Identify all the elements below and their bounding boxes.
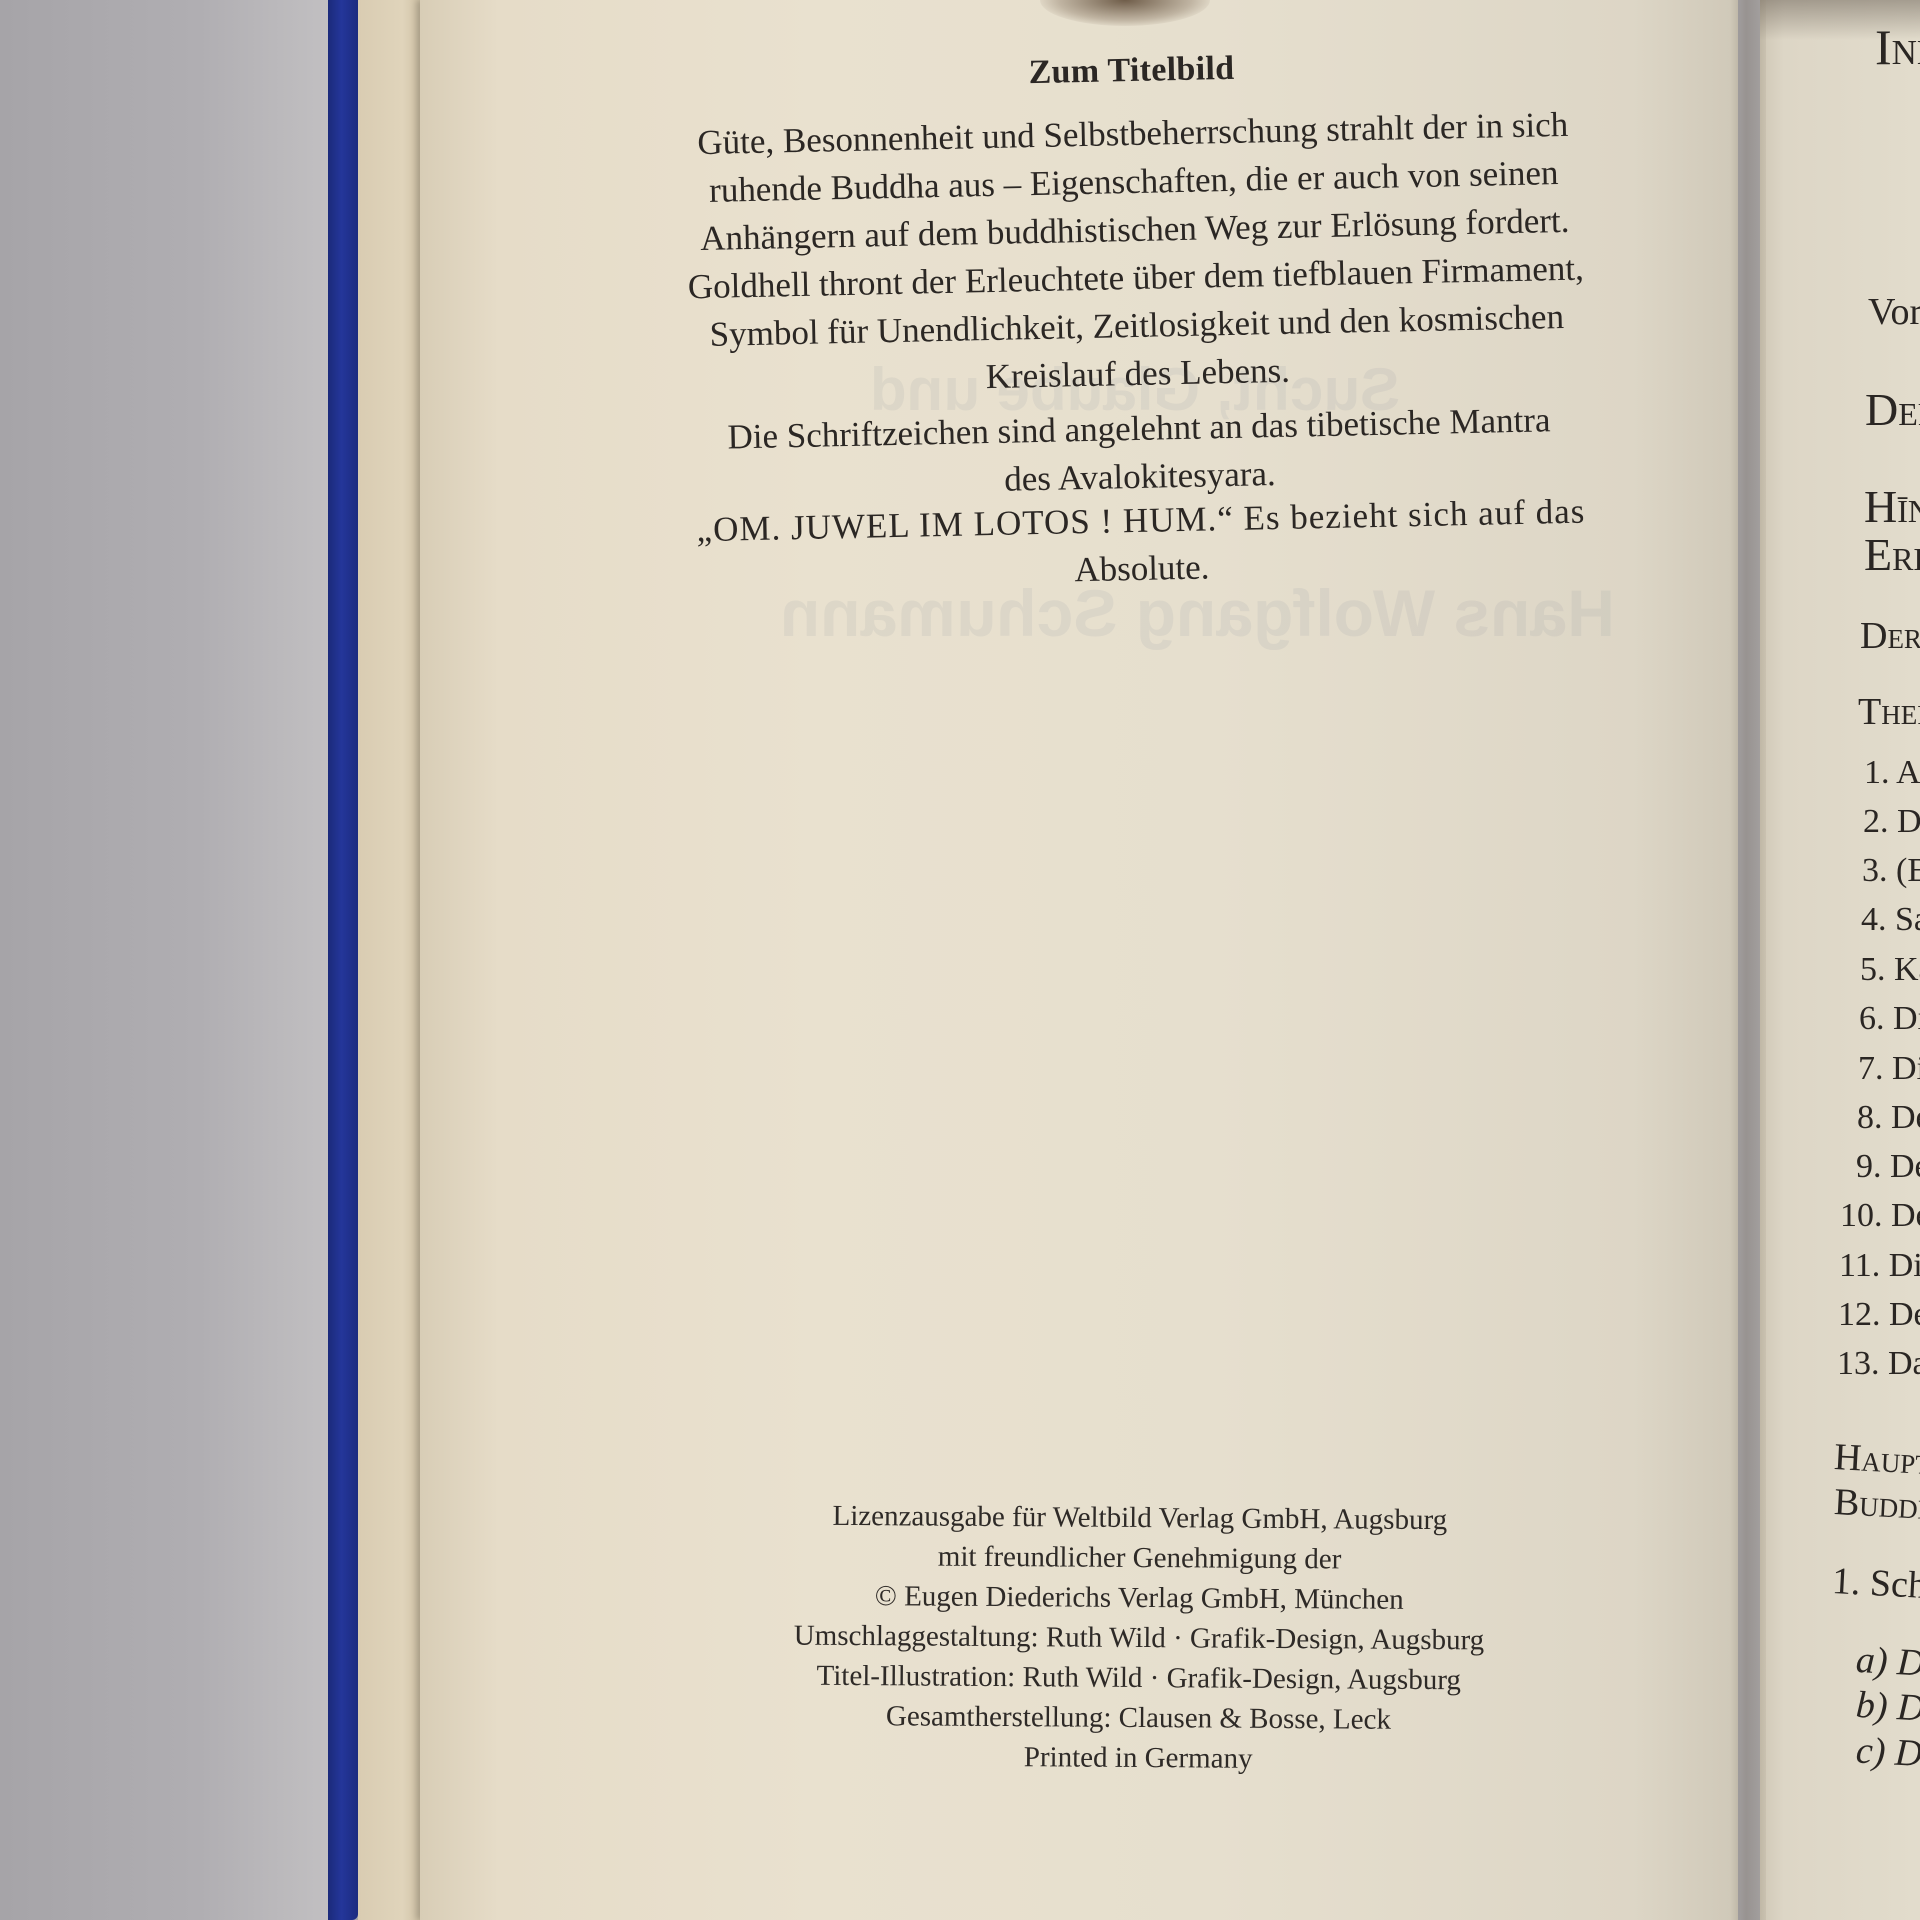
toc-entry: 9. De: [1856, 1148, 1920, 1186]
toc-entry: 11. Die: [1839, 1247, 1920, 1285]
toc-entry: 12. Der: [1838, 1296, 1920, 1334]
toc-entry: Haupts: [1833, 1435, 1920, 1485]
toc-entry: Erl: [1864, 528, 1920, 581]
toc-entry: Ther: [1858, 690, 1920, 734]
toc-entry: 1. Al: [1864, 754, 1920, 792]
toc-title: Inh: [1875, 18, 1920, 76]
toc-entry: c) Die: [1855, 1729, 1920, 1778]
book-cover-edge: [328, 0, 358, 1920]
toc-entry: 8. De: [1857, 1099, 1920, 1137]
toc-entry: 6. Di: [1859, 1000, 1920, 1038]
imprint-line: Umschlaggestaltung: Ruth Wild · Grafik-D…: [699, 1615, 1579, 1661]
toc-entry: 13. Das: [1837, 1345, 1920, 1383]
toc-entry: 1. Schu: [1831, 1559, 1920, 1609]
toc-entry: 3. (E: [1862, 852, 1920, 890]
toc-entry: 7. Die: [1858, 1050, 1920, 1088]
toc-entry: 2. Da: [1863, 803, 1920, 841]
toc-entry: Buddhi: [1833, 1480, 1920, 1530]
cover-note-paragraph-1: Güte, Besonnenheit und Selbstbeherrschun…: [622, 99, 1648, 408]
book-board: [358, 0, 422, 1920]
imprint-line: Titel-Illustration: Ruth Wild · Grafik-D…: [699, 1655, 1579, 1701]
toc-entry: 10. De: [1840, 1197, 1920, 1235]
imprint-line: mit freundlicher Genehmigung der: [699, 1535, 1579, 1581]
toc-entry: Der: [1865, 383, 1920, 436]
imprint-line: Printed in Germany: [698, 1735, 1578, 1781]
toc-entry: Vorw: [1868, 290, 1920, 334]
imprint-line: © Eugen Diederichs Verlag GmbH, München: [699, 1575, 1579, 1621]
toc-entry: 4. Sa: [1861, 901, 1920, 939]
imprint-line: Gesamtherstellung: Clausen & Bosse, Leck: [698, 1695, 1578, 1741]
background-surface: [0, 0, 332, 1920]
table-of-contents: Inh Vorw Der Hīn Erl Der I Ther 1. Al 2.…: [1760, 0, 1920, 1920]
toc-entry: b) Di: [1855, 1683, 1920, 1731]
toc-entry: Der I: [1860, 614, 1920, 658]
toc-entry: a) Di: [1855, 1638, 1920, 1686]
toc-entry: 5. Ka: [1860, 951, 1920, 989]
publisher-imprint: Lizenzausgabe für Weltbild Verlag GmbH, …: [698, 1495, 1580, 1781]
imprint-line: Lizenzausgabe für Weltbild Verlag GmbH, …: [700, 1495, 1580, 1541]
toc-entry: Hīn: [1864, 480, 1920, 533]
